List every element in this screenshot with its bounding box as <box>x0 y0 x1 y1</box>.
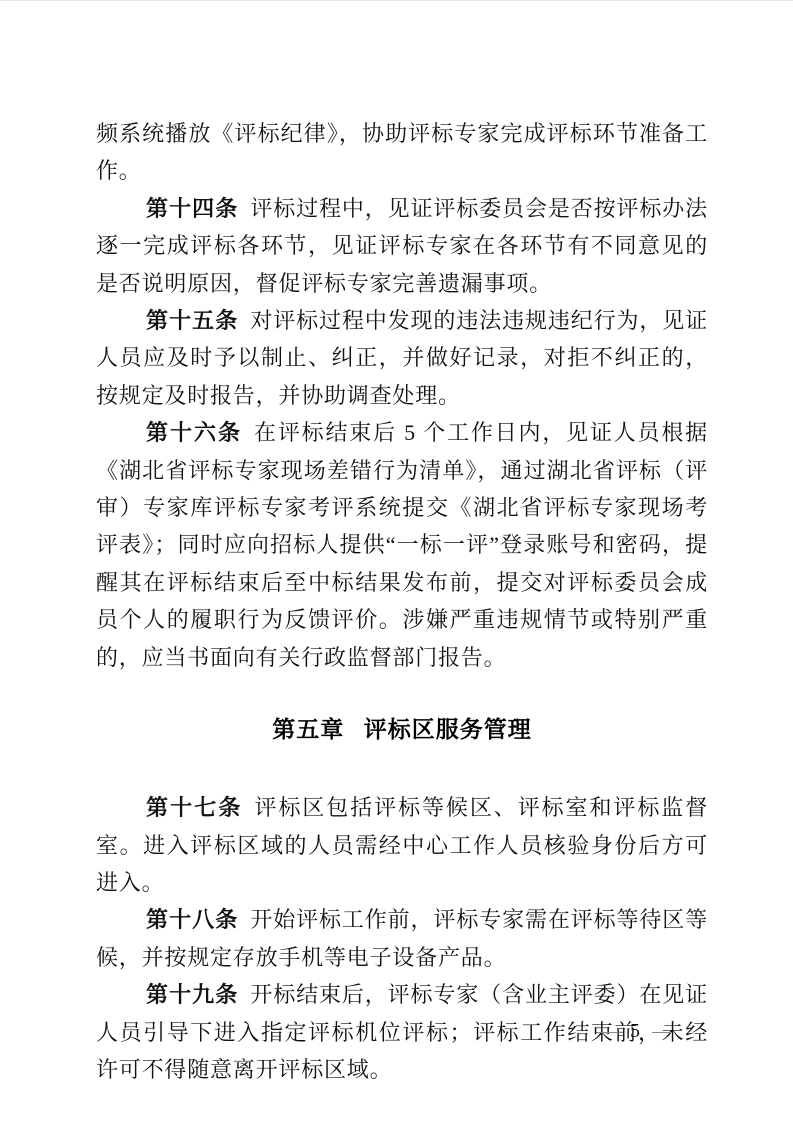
chapter-label: 第五章 <box>272 716 344 742</box>
article-16-text: 在评标结束后 5 个工作日内，见证人员根据《湖北省评标专家现场差错行为清单》，通… <box>96 420 708 669</box>
article-17-number: 第十七条 <box>146 795 243 820</box>
article-14-number: 第十四条 <box>146 196 238 221</box>
chapter-heading: 第五章评标区服务管理 <box>96 711 708 748</box>
article-18-number: 第十八条 <box>146 907 238 932</box>
chapter-title: 评标区服务管理 <box>364 716 532 742</box>
article-15-paragraph: 第十五条对评标过程中发现的违法违规违纪行为，见证人员应及时予以制止、纠正，并做好… <box>96 302 708 414</box>
article-15-number: 第十五条 <box>146 308 238 333</box>
article-14-paragraph: 第十四条评标过程中，见证评标委员会是否按评标办法逐一完成评标各环节，见证评标专家… <box>96 190 708 302</box>
continuation-paragraph: 频系统播放《评标纪律》，协助评标专家完成评标环节准备工作。 <box>96 115 708 190</box>
article-18-paragraph: 第十八条开始评标工作前，评标专家需在评标等待区等候，并按规定存放手机等电子设备产… <box>96 901 708 976</box>
footer-dash-left: — <box>598 1020 618 1042</box>
text-body: 频系统播放《评标纪律》，协助评标专家完成评标环节准备工作。 第十四条评标过程中，… <box>96 115 708 1088</box>
article-19-number: 第十九条 <box>146 982 238 1007</box>
article-16-paragraph: 第十六条在评标结束后 5 个工作日内，见证人员根据《湖北省评标专家现场差错行为清… <box>96 414 708 676</box>
article-16-number: 第十六条 <box>146 420 242 445</box>
document-page: 频系统播放《评标纪律》，协助评标专家完成评标环节准备工作。 第十四条评标过程中，… <box>0 0 793 1123</box>
page-number: 5 <box>630 1020 640 1042</box>
page-footer: —5— <box>96 1020 708 1043</box>
footer-dash-right: — <box>652 1020 672 1042</box>
paragraph-text: 频系统播放《评标纪律》，协助评标专家完成评标环节准备工作。 <box>96 121 708 183</box>
article-17-paragraph: 第十七条评标区包括评标等候区、评标室和评标监督室。进入评标区域的人员需经中心工作… <box>96 789 708 901</box>
